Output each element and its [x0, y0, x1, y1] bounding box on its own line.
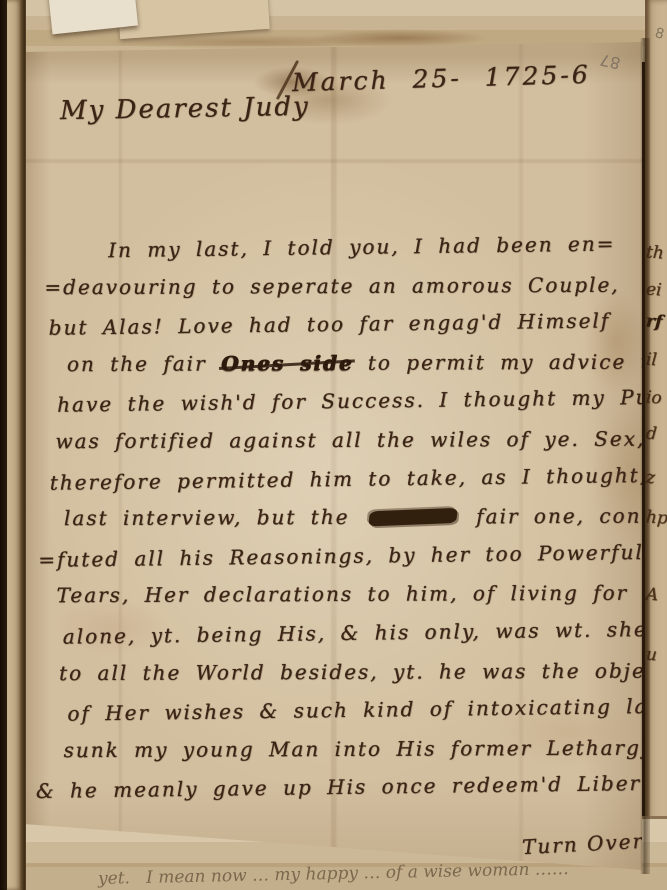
letter-line-text: last interview, but the [64, 505, 364, 530]
next-page-text-fragment: yet. I mean now … my happy … of a wise w… [98, 859, 569, 889]
manuscript-photo: th ei rf il io d z hp A u 8 yet. I mean … [0, 0, 667, 890]
letter-line: last interview, but the fair one, con= [64, 497, 636, 538]
letter-line: =deavouring to seperate an amorous Coupl… [44, 265, 634, 306]
letter-line: alone, yt. being His, & his only, was wt… [63, 610, 637, 656]
left-crease-shadow [20, 0, 26, 890]
obliterated-word [368, 508, 457, 527]
letter-page: March 25- 1725-6 87 My Dearest Judy In m… [24, 42, 642, 870]
letter-line: therefore permitted him to take, as I th… [50, 456, 636, 502]
letter-salutation: My Dearest Judy [60, 92, 310, 126]
letter-line-text: to permit my advice to [353, 349, 664, 374]
letter-line: of Her wishes & such kind of intoxicatin… [67, 687, 637, 733]
letter-line: In my last, I told you, I had been en= [108, 224, 634, 269]
letter-line: Tears, Her declarations to him, of livin… [56, 574, 636, 615]
letter-date: March 25- 1725-6 [292, 60, 591, 97]
turn-over-note: Turn Over [521, 829, 644, 859]
letter-body: In my last, I told you, I had been en= =… [36, 226, 638, 809]
letter-line: on the fair Ones side to permit my advic… [67, 342, 635, 383]
letter-line: to all the World besides, yt. he was the… [59, 651, 637, 692]
letter-line-text: fair one, con= [462, 504, 660, 529]
letter-line: =futed all his Reasonings, by her too Po… [38, 533, 636, 579]
letter-line: have the wish'd for Success. I thought m… [57, 379, 635, 425]
letter-line: & he meanly gave up His once redeem'd Li… [36, 764, 638, 810]
page-gutter-shadow [640, 38, 650, 874]
pencil-partial-number: 8 [653, 25, 666, 43]
pencil-page-number: 87 [598, 50, 622, 73]
letter-line: sunk my young Man into His former Lethar… [64, 728, 638, 769]
letter-line: was fortified against all the wiles of y… [55, 420, 635, 461]
letter-line: but Alas! Love had too far engag'd Himse… [48, 301, 634, 347]
letter-line-text: on the fair [67, 351, 221, 376]
overwritten-words: Ones side [221, 351, 354, 376]
